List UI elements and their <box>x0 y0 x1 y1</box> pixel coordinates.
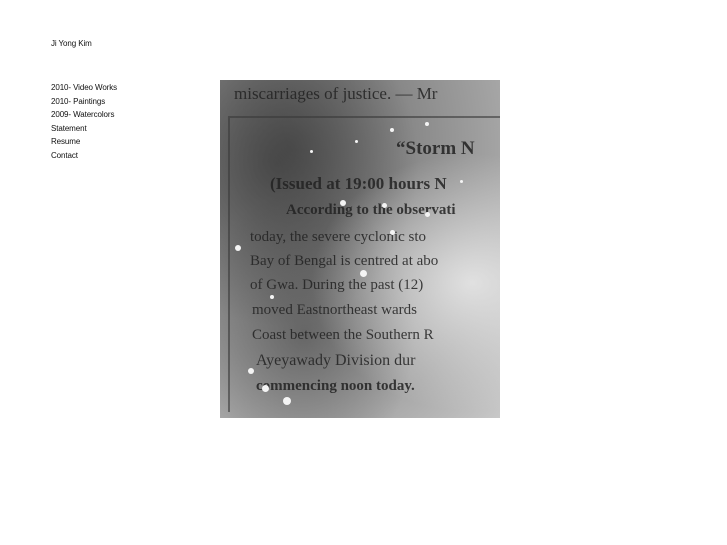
artwork-speck <box>355 140 358 143</box>
artwork-text-line: “Storm N <box>396 138 475 160</box>
artwork-text-line: Ayeyawady Division dur <box>256 352 415 370</box>
artwork-speck <box>262 385 269 392</box>
nav-item-paintings[interactable]: 2010- Paintings <box>51 95 117 109</box>
nav-item-statement[interactable]: Statement <box>51 122 117 136</box>
artwork-text-line: Bay of Bengal is centred at abo <box>250 253 438 270</box>
artwork-text-line: (Issued at 19:00 hours N <box>270 174 447 194</box>
artwork-speck <box>425 212 430 217</box>
nav-item-watercolors[interactable]: 2009- Watercolors <box>51 108 117 122</box>
main-nav: 2010- Video Works 2010- Paintings 2009- … <box>51 81 117 163</box>
artwork-text-line: commencing noon today. <box>256 378 415 395</box>
artwork-speck <box>425 122 429 126</box>
site-title[interactable]: Ji Yong Kim <box>51 39 92 48</box>
artwork-text-line: today, the severe cyclonic sto <box>250 229 426 246</box>
artwork-text-line: of Gwa. During the past (12) <box>250 277 423 294</box>
artwork-text-line: According to the observati <box>286 202 456 219</box>
artwork-image: miscarriages of justice. — Mr “Storm N (… <box>220 80 500 418</box>
artwork-speck <box>360 270 367 277</box>
artwork-speck <box>270 295 274 299</box>
artwork-text-line: Coast between the Southern R <box>252 327 434 344</box>
artwork-speck <box>390 128 394 132</box>
artwork-speck <box>382 203 387 208</box>
nav-item-contact[interactable]: Contact <box>51 149 117 163</box>
artwork-speck <box>390 230 395 235</box>
artwork-speck <box>248 368 254 374</box>
artwork-text-line: miscarriages of justice. — Mr <box>234 84 437 104</box>
artwork-speck <box>283 397 291 405</box>
artwork-speck <box>460 180 463 183</box>
artwork-speck <box>310 150 313 153</box>
nav-item-resume[interactable]: Resume <box>51 135 117 149</box>
nav-item-video-works[interactable]: 2010- Video Works <box>51 81 117 95</box>
artwork-speck <box>340 200 346 206</box>
artwork-speck <box>235 245 241 251</box>
artwork-text-line: moved Eastnortheast wards <box>252 302 417 319</box>
